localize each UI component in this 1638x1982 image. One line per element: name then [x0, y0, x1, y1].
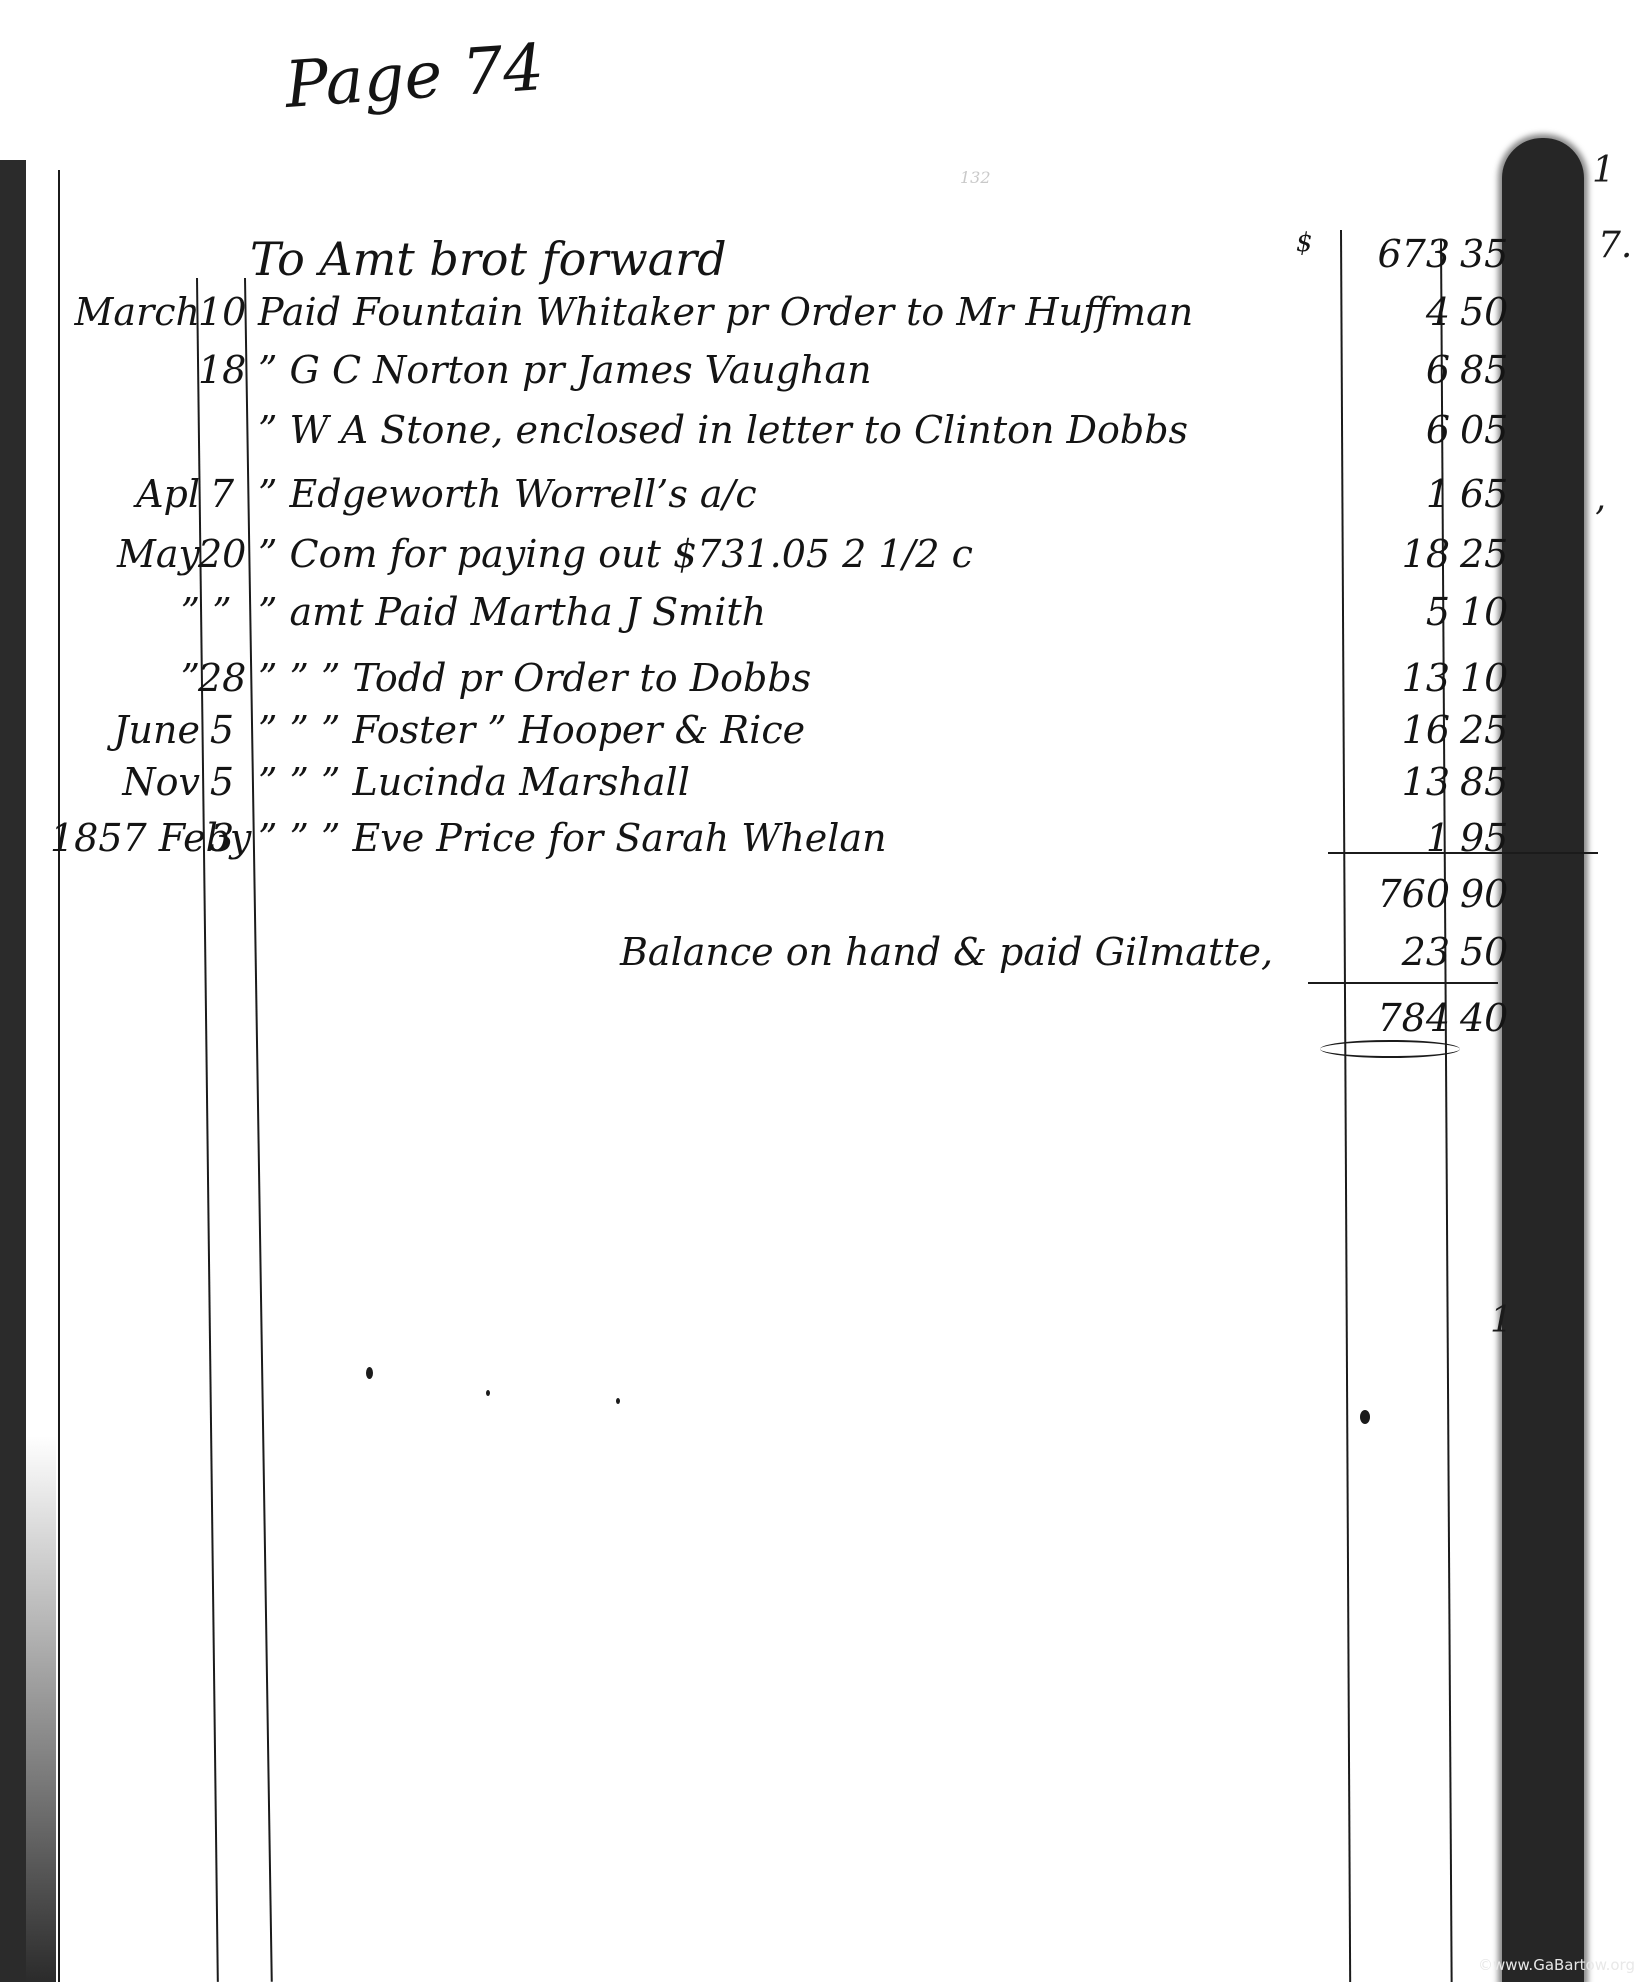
entry-cents: 85: [1460, 760, 1520, 804]
entry-description: ” ” ” Lucinda Marshall: [258, 760, 690, 804]
balance-dollars: 23: [1340, 930, 1450, 974]
entry-dollars: 673: [1340, 232, 1450, 276]
entry-day: 20: [198, 532, 246, 576]
entry-description: ” Edgeworth Worrell’s a/c: [258, 472, 757, 516]
entry-month: ”: [70, 656, 200, 700]
entry-cents: 65: [1460, 472, 1520, 516]
margin-mark: 1: [1490, 1300, 1513, 1341]
ink-spot: [616, 1398, 620, 1404]
ledger-row-total: 784 40: [0, 996, 1638, 1042]
page-heading: Page 74: [283, 31, 546, 123]
ledger-row: May 20 ” Com for paying out $731.05 2 1/…: [0, 532, 1638, 578]
ledger-row: Apl 7 ” Edgeworth Worrell’s a/c 1 65: [0, 472, 1638, 518]
entry-day: ”: [198, 590, 246, 634]
margin-mark: 1: [1592, 150, 1615, 191]
entry-description: ” ” ” Eve Price for Sarah Whelan: [258, 816, 887, 860]
ledger-row: March 10 Paid Fountain Whitaker pr Order…: [0, 290, 1638, 336]
entry-dollars: 1: [1340, 816, 1450, 860]
entry-description: To Amt brot forward: [250, 232, 727, 286]
entry-month: Apl: [70, 472, 200, 516]
entry-day: 28: [198, 656, 246, 700]
entry-dollars: 1: [1340, 472, 1450, 516]
entry-month: 1857 Feby: [50, 816, 200, 860]
balance-description: Balance on hand & paid Gilmatte,: [620, 930, 1273, 974]
watermark: ©www.GaBartow.org: [1478, 1956, 1635, 1974]
entry-month: Nov: [70, 760, 200, 804]
ledger-row: 18 ” G C Norton pr James Vaughan 6 85: [0, 348, 1638, 394]
entry-cents: 95: [1460, 816, 1520, 860]
ledger-row: June 5 ” ” ” Foster ” Hooper & Rice 16 2…: [0, 708, 1638, 754]
entry-cents: 85: [1460, 348, 1520, 392]
ink-spot: [486, 1390, 490, 1396]
entry-day: 5: [198, 760, 246, 804]
ledger-row-brought-forward: To Amt brot forward $ 673 35: [0, 232, 1638, 278]
ledger-row: 1857 Feby 3 ” ” ” Eve Price for Sarah Wh…: [0, 816, 1638, 862]
entry-cents: 35: [1460, 232, 1520, 276]
entry-dollars: 6: [1340, 408, 1450, 452]
entry-description: Paid Fountain Whitaker pr Order to Mr Hu…: [258, 290, 1193, 334]
ledger-row: ” ” ” amt Paid Martha J Smith 5 10: [0, 590, 1638, 636]
balance-cents: 50: [1460, 930, 1520, 974]
ledger-row-balance: Balance on hand & paid Gilmatte, 23 50: [0, 930, 1638, 976]
ink-spot: [1360, 1410, 1370, 1424]
entry-dollars: 13: [1340, 656, 1450, 700]
margin-mark: 7.: [1598, 225, 1632, 266]
ledger-row: Nov 5 ” ” ” Lucinda Marshall 13 85: [0, 760, 1638, 806]
entry-description: ” ” ” Todd pr Order to Dobbs: [258, 656, 811, 700]
entry-description: ” W A Stone, enclosed in letter to Clint…: [258, 408, 1188, 452]
entry-description: ” amt Paid Martha J Smith: [258, 590, 766, 634]
entry-day: 5: [198, 708, 246, 752]
entry-day: 18: [198, 348, 246, 392]
margin-mark: ’: [1594, 500, 1605, 541]
ledger-row: ” W A Stone, enclosed in letter to Clint…: [0, 408, 1638, 454]
dollar-sign: $: [1296, 228, 1313, 258]
total-line: [1308, 982, 1498, 984]
entry-description: ” ” ” Foster ” Hooper & Rice: [258, 708, 805, 752]
entry-description: ” G C Norton pr James Vaughan: [258, 348, 872, 392]
entry-month: March: [70, 290, 200, 334]
entry-dollars: 16: [1340, 708, 1450, 752]
total-double-underline: [1320, 1040, 1460, 1058]
subtotal-dollars: 760: [1340, 872, 1450, 916]
entry-description: ” Com for paying out $731.05 2 1/2 c: [258, 532, 973, 576]
entry-cents: 05: [1460, 408, 1520, 452]
entry-day: 10: [198, 290, 246, 334]
total-dollars: 784: [1340, 996, 1450, 1040]
faint-mark: 132: [960, 168, 991, 187]
entry-day: 3: [198, 816, 246, 860]
entry-cents: 25: [1460, 532, 1520, 576]
entry-cents: 25: [1460, 708, 1520, 752]
entry-cents: 50: [1460, 290, 1520, 334]
entry-month: May: [70, 532, 200, 576]
total-cents: 40: [1460, 996, 1520, 1040]
entry-dollars: 18: [1340, 532, 1450, 576]
ink-spot: [366, 1367, 373, 1379]
ledger-row: ” 28 ” ” ” Todd pr Order to Dobbs 13 10: [0, 656, 1638, 702]
entry-dollars: 6: [1340, 348, 1450, 392]
entry-dollars: 5: [1340, 590, 1450, 634]
entry-month: ”: [70, 590, 200, 634]
entry-dollars: 4: [1340, 290, 1450, 334]
entry-month: June: [70, 708, 200, 752]
ledger-row-subtotal: 760 90: [0, 872, 1638, 918]
subtotal-cents: 90: [1460, 872, 1520, 916]
entry-cents: 10: [1460, 590, 1520, 634]
entry-day: 7: [198, 472, 246, 516]
entry-cents: 10: [1460, 656, 1520, 700]
entry-dollars: 13: [1340, 760, 1450, 804]
